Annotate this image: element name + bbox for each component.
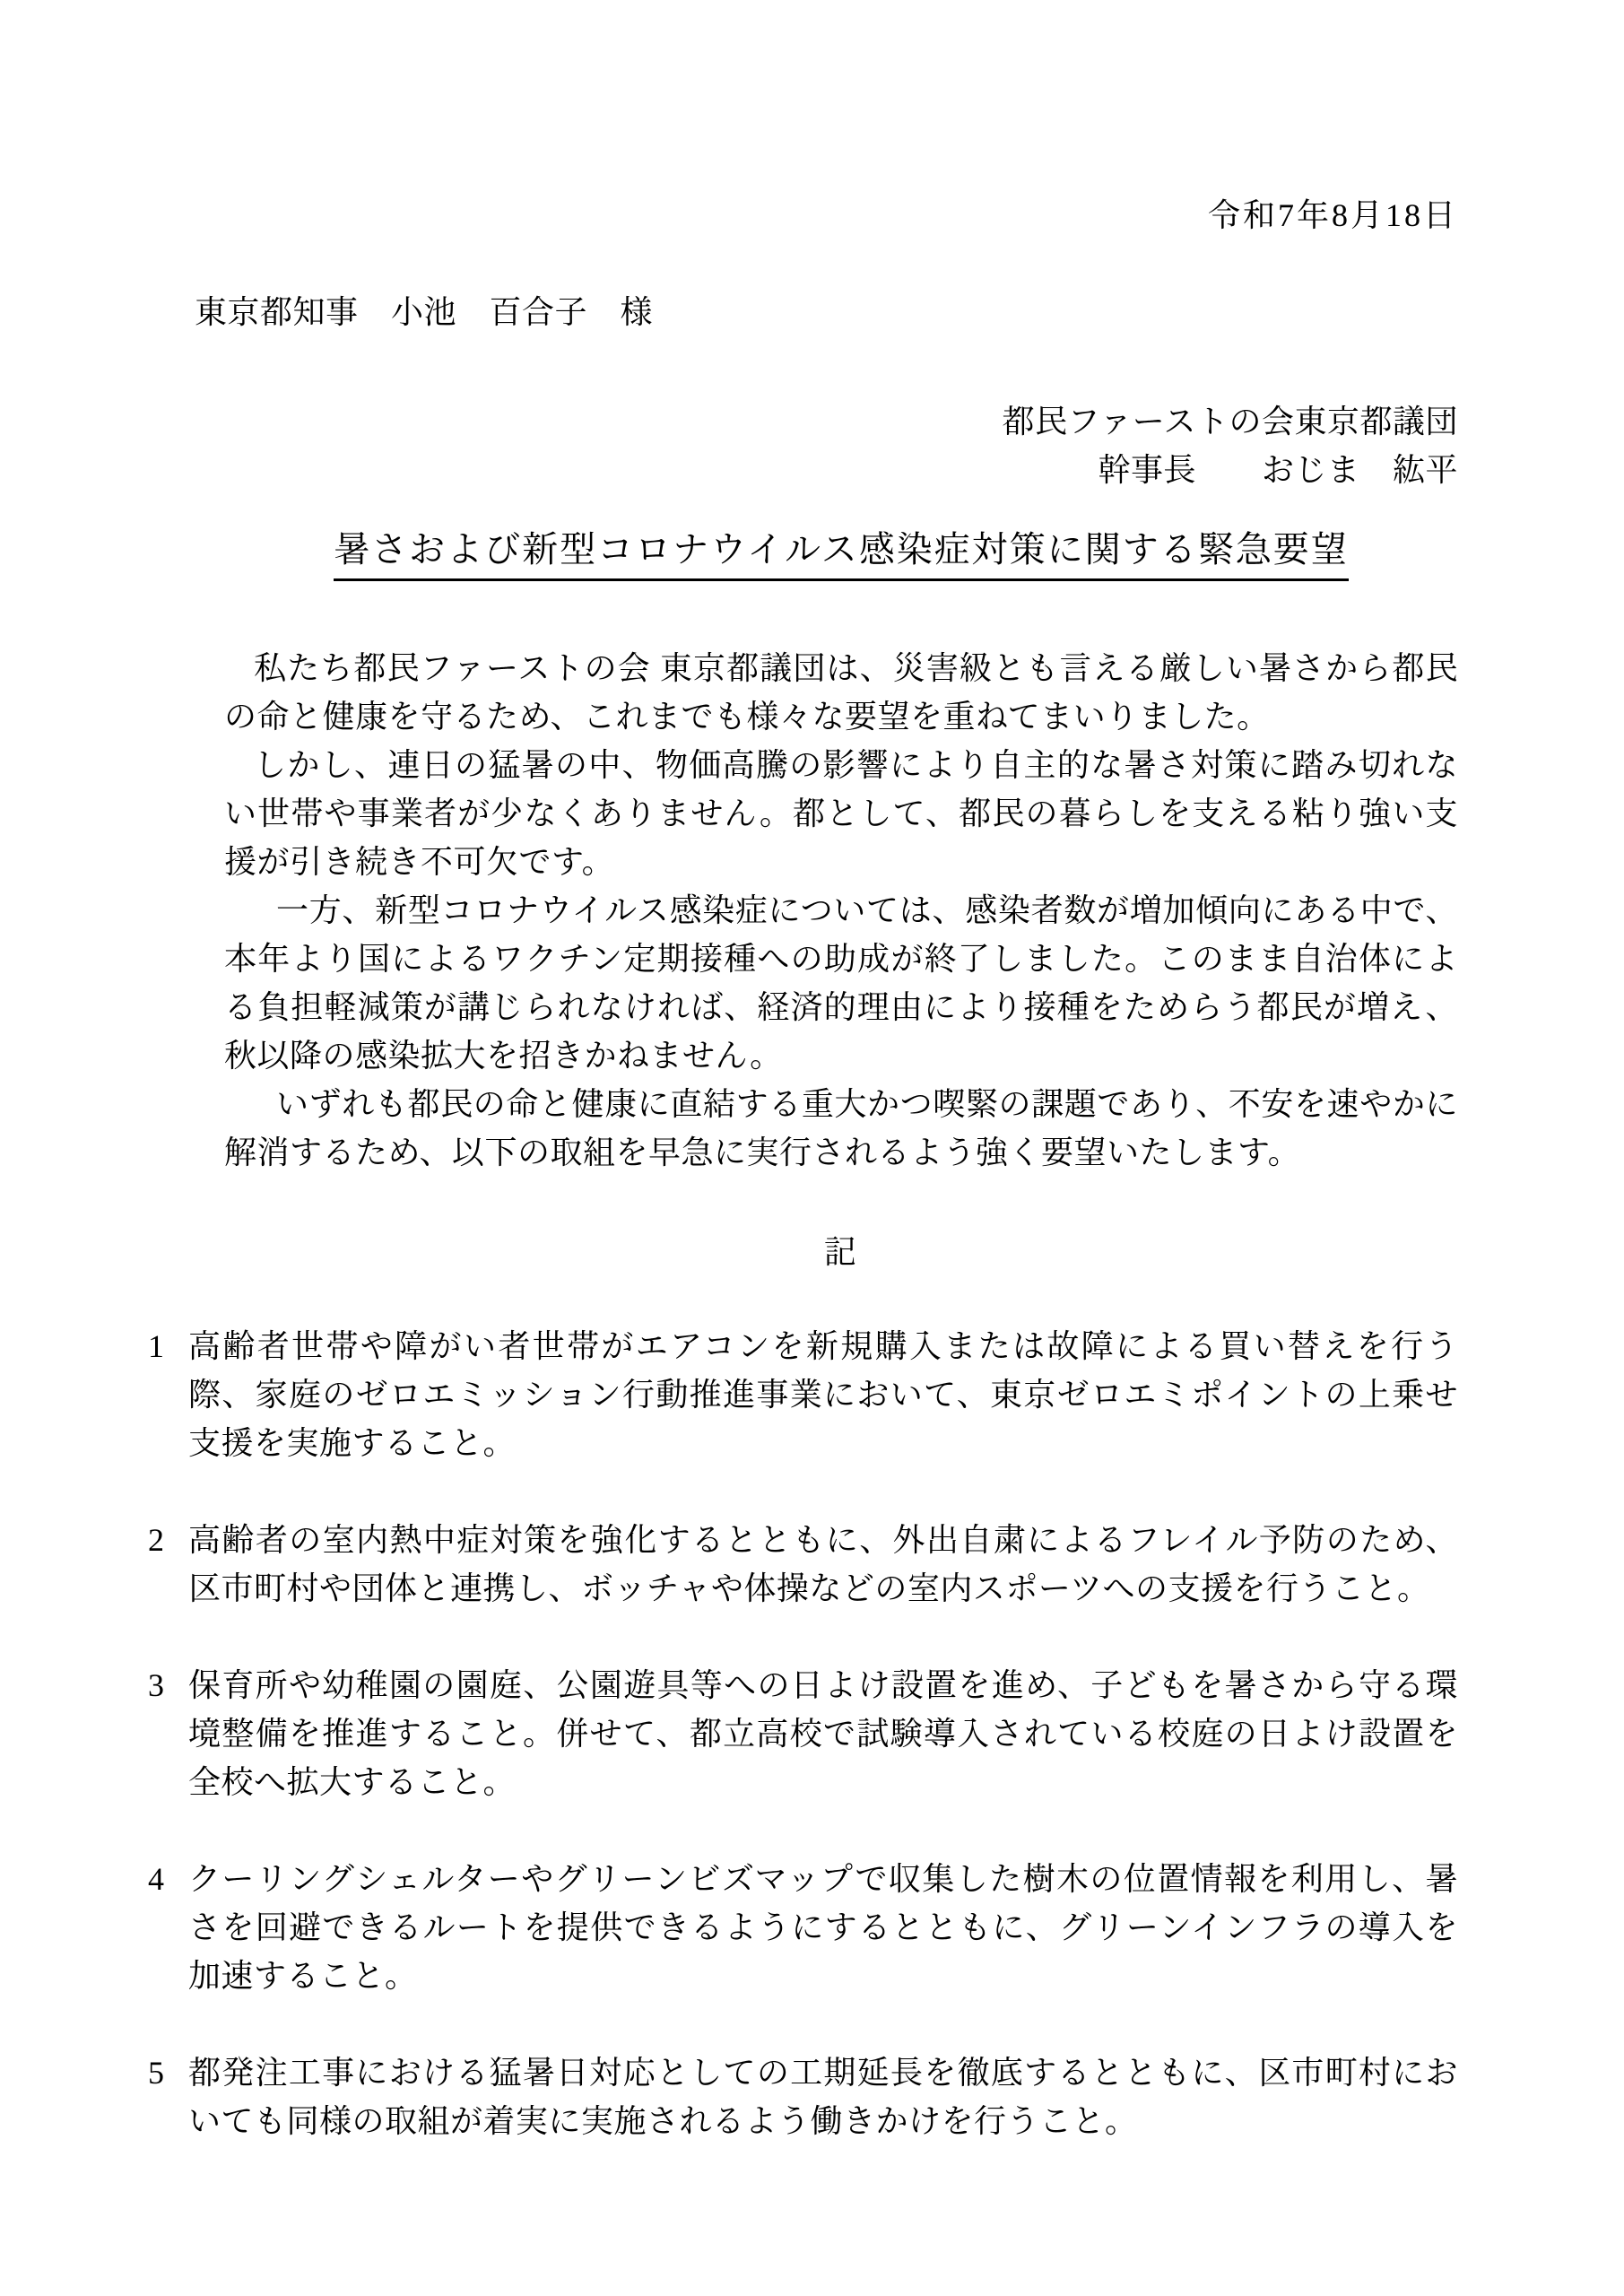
- request-item-5: 5 都発注工事における猛暑日対応としての工期延長を徹底するとともに、区市町村にお…: [148, 2048, 1458, 2145]
- request-item-1: 1 高齢者世帯や障がい者世帯がエアコンを新規購入または故障による買い替えを行う際…: [148, 1322, 1458, 1467]
- paragraph-1: 私たち都民ファーストの会 東京都議団は、災害級とも言える厳しい暑さから都民の命と…: [224, 644, 1458, 741]
- document-body: 暑さおよび新型コロナウイルス感染症対策に関する緊急要望 私たち都民ファーストの会…: [224, 525, 1458, 1276]
- paragraph-4: いずれも都民の命と健康に直結する重大かつ喫緊の課題であり、不安を速やかに解消する…: [224, 1080, 1458, 1177]
- item-text: 高齢者世帯や障がい者世帯がエアコンを新規購入または故障による買い替えを行う際、家…: [188, 1322, 1458, 1467]
- addressee-line: 東京都知事 小池 百合子 様: [195, 288, 1458, 336]
- document-date: 令和7年8月18日: [148, 191, 1458, 239]
- sender-organization: 都民ファーストの会東京都議団: [148, 397, 1458, 446]
- item-number: 1: [148, 1322, 188, 1467]
- preamble-paragraphs: 私たち都民ファーストの会 東京都議団は、災害級とも言える厳しい暑さから都民の命と…: [224, 644, 1458, 1177]
- request-items: 1 高齢者世帯や障がい者世帯がエアコンを新規購入または故障による買い替えを行う際…: [148, 1322, 1458, 2145]
- item-number: 5: [148, 2048, 188, 2145]
- record-marker: 記: [224, 1228, 1458, 1276]
- request-item-4: 4 クーリングシェルターやグリーンビズマップで収集した樹木の位置情報を利用し、暑…: [148, 1855, 1458, 2000]
- item-number: 3: [148, 1661, 188, 1806]
- request-item-3: 3 保育所や幼稚園の園庭、公園遊具等への日よけ設置を進め、子どもを暑さから守る環…: [148, 1661, 1458, 1806]
- item-number: 4: [148, 1855, 188, 2000]
- item-number: 2: [148, 1516, 188, 1613]
- item-text: クーリングシェルターやグリーンビズマップで収集した樹木の位置情報を利用し、暑さを…: [188, 1855, 1458, 2000]
- item-text: 保育所や幼稚園の園庭、公園遊具等への日よけ設置を進め、子どもを暑さから守る環境整…: [188, 1661, 1458, 1806]
- item-text: 高齢者の室内熱中症対策を強化するとともに、外出自粛によるフレイル予防のため、区市…: [188, 1516, 1458, 1613]
- sender-block: 都民ファーストの会東京都議団 幹事長 おじま 紘平: [148, 397, 1458, 494]
- paragraph-2: しかし、連日の猛暑の中、物価高騰の影響により自主的な暑さ対策に踏み切れない世帯や…: [224, 741, 1458, 886]
- sender-representative: 幹事長 おじま 紘平: [148, 446, 1458, 494]
- item-text: 都発注工事における猛暑日対応としての工期延長を徹底するとともに、区市町村において…: [188, 2048, 1458, 2145]
- paragraph-3: 一方、新型コロナウイルス感染症については、感染者数が増加傾向にある中で、本年より…: [224, 886, 1458, 1080]
- document-page: 令和7年8月18日 東京都知事 小池 百合子 様 都民ファーストの会東京都議団 …: [0, 0, 1624, 2296]
- request-item-2: 2 高齢者の室内熱中症対策を強化するとともに、外出自粛によるフレイル予防のため、…: [148, 1516, 1458, 1613]
- document-title: 暑さおよび新型コロナウイルス感染症対策に関する緊急要望: [224, 525, 1458, 581]
- document-title-text: 暑さおよび新型コロナウイルス感染症対策に関する緊急要望: [334, 525, 1349, 581]
